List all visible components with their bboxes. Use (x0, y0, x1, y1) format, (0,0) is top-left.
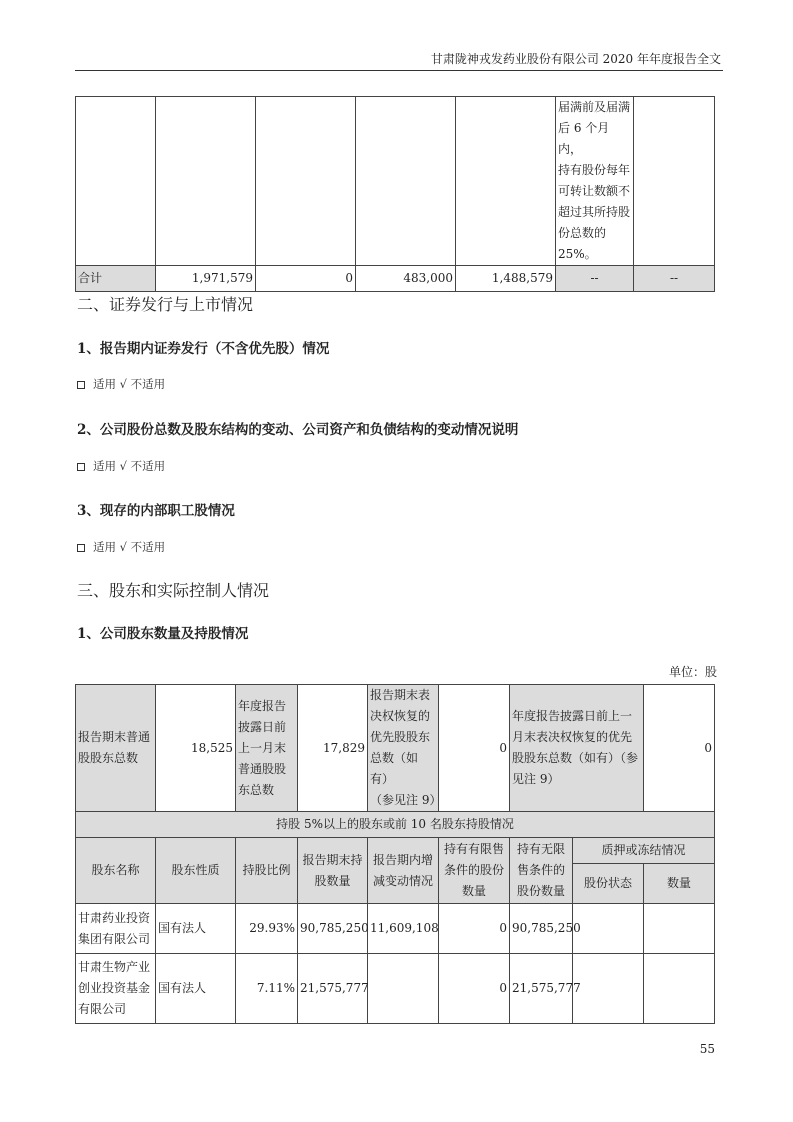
table-row-continued: 届满前及届满 后 6 个月内， 持有股份每年 可转让数额不 超过其所持股 份总数… (76, 97, 715, 266)
table-row: 甘肃药业投资 集团有限公司 国有法人 29.93% 90,785,250 11,… (76, 904, 715, 954)
cell-empty (256, 97, 356, 266)
total-value: -- (634, 266, 715, 292)
note-line: 持有股份每年 (558, 160, 631, 181)
restricted-qty: 0 (439, 904, 510, 954)
total-value: 1,971,579 (156, 266, 256, 292)
lockup-note-cell: 届满前及届满 后 6 个月内， 持有股份每年 可转让数额不 超过其所持股 份总数… (556, 97, 634, 266)
subsection-heading: 3、现存的内部职工股情况 (77, 499, 235, 519)
col-header-change: 报告期内增 减变动情况 (368, 838, 439, 904)
col-header-end-qty: 报告期末持 股数量 (298, 838, 368, 904)
shareholder-nature: 国有法人 (156, 954, 236, 1024)
pledge-qty (644, 904, 715, 954)
report-title: 甘肃陇神戎发药业股份有限公司 2020 年年度报告全文 (431, 50, 721, 67)
summary-value: 0 (439, 685, 510, 812)
cell-empty (456, 97, 556, 266)
note-line: 超过其所持股 (558, 202, 631, 223)
end-qty: 90,785,250 (298, 904, 368, 954)
shareholder-nature: 国有法人 (156, 904, 236, 954)
header-divider (75, 70, 723, 71)
cell-empty (76, 97, 156, 266)
subsection-heading: 1、公司股东数量及持股情况 (77, 622, 248, 642)
section-title-securities: 二、证券发行与上市情况 (77, 292, 253, 315)
note-line: 份总数的 (558, 223, 631, 244)
note-line: 可转让数额不 (558, 181, 631, 202)
unchecked-box-icon (77, 463, 85, 471)
unchecked-box-icon (77, 381, 85, 389)
unrestricted-qty: 90,785,250 (510, 904, 573, 954)
summary-label: 年度报告披露日前上一 月末表决权恢复的优先 股股东总数（如有）（参 见注 9） (510, 685, 644, 812)
pledge-status (573, 954, 644, 1024)
shareholders-table: 报告期末普通 股股东总数 18,525 年度报告 披露日前 上一月末 普通股股 … (75, 684, 715, 1024)
col-header-name: 股东名称 (76, 838, 156, 904)
unit-label: 单位：股 (669, 663, 717, 680)
page-number: 55 (700, 1042, 715, 1056)
col-header-unrestricted: 持有无限 售条件的 股份数量 (510, 838, 573, 904)
summary-label: 报告期末表 决权恢复的 优先股股东 总数（如有） （参见注 9） (368, 685, 439, 812)
applicability-option: 适用 √ 不适用 (77, 458, 165, 474)
col-header-pledge: 质押或冻结情况 (573, 838, 715, 864)
subsection-heading: 2、公司股份总数及股东结构的变动、公司资产和负债结构的变动情况说明 (77, 418, 518, 438)
shareholding-ratio: 7.11% (236, 954, 298, 1024)
holdings-caption: 持股 5%以上的股东或前 10 名股东持股情况 (76, 812, 715, 838)
table-row: 甘肃生物产业 创业投资基金 有限公司 国有法人 7.11% 21,575,777… (76, 954, 715, 1024)
section-title-shareholders: 三、股东和实际控制人情况 (77, 578, 269, 601)
shareholding-ratio: 29.93% (236, 904, 298, 954)
shareholder-name: 甘肃药业投资 集团有限公司 (76, 904, 156, 954)
total-row: 合计 1,971,579 0 483,000 1,488,579 -- -- (76, 266, 715, 292)
pledge-status (573, 904, 644, 954)
col-header-pledge-status: 股份状态 (573, 864, 644, 904)
lockup-shares-table: 届满前及届满 后 6 个月内， 持有股份每年 可转让数额不 超过其所持股 份总数… (75, 96, 715, 292)
subsection-heading: 1、报告期内证券发行（不含优先股）情况 (77, 337, 329, 357)
summary-label: 报告期末普通 股股东总数 (76, 685, 156, 812)
summary-value: 17,829 (298, 685, 368, 812)
summary-row: 报告期末普通 股股东总数 18,525 年度报告 披露日前 上一月末 普通股股 … (76, 685, 715, 812)
col-header-restricted: 持有有限售 条件的股份 数量 (439, 838, 510, 904)
cell-empty (356, 97, 456, 266)
shareholder-name: 甘肃生物产业 创业投资基金 有限公司 (76, 954, 156, 1024)
summary-label: 年度报告 披露日前 上一月末 普通股股 东总数 (236, 685, 298, 812)
restricted-qty: 0 (439, 954, 510, 1024)
total-value: -- (556, 266, 634, 292)
change-qty: 11,609,108 (368, 904, 439, 954)
summary-value: 18,525 (156, 685, 236, 812)
change-qty (368, 954, 439, 1024)
note-line: 25%。 (558, 244, 631, 265)
page-header: 甘肃陇神戎发药业股份有限公司 2020 年年度报告全文 (0, 0, 793, 72)
cell-empty (634, 97, 715, 266)
end-qty: 21,575,777 (298, 954, 368, 1024)
cell-empty (156, 97, 256, 266)
total-label: 合计 (76, 266, 156, 292)
total-value: 483,000 (356, 266, 456, 292)
total-value: 1,488,579 (456, 266, 556, 292)
applicability-option: 适用 √ 不适用 (77, 376, 165, 392)
unrestricted-qty: 21,575,777 (510, 954, 573, 1024)
pledge-qty (644, 954, 715, 1024)
note-line: 届满前及届满 (558, 97, 631, 118)
unchecked-box-icon (77, 544, 85, 552)
col-header-nature: 股东性质 (156, 838, 236, 904)
col-header-ratio: 持股比例 (236, 838, 298, 904)
note-line: 后 6 个月内， (558, 118, 631, 160)
applicability-option: 适用 √ 不适用 (77, 539, 165, 555)
col-header-pledge-qty: 数量 (644, 864, 715, 904)
total-value: 0 (256, 266, 356, 292)
summary-value: 0 (644, 685, 715, 812)
